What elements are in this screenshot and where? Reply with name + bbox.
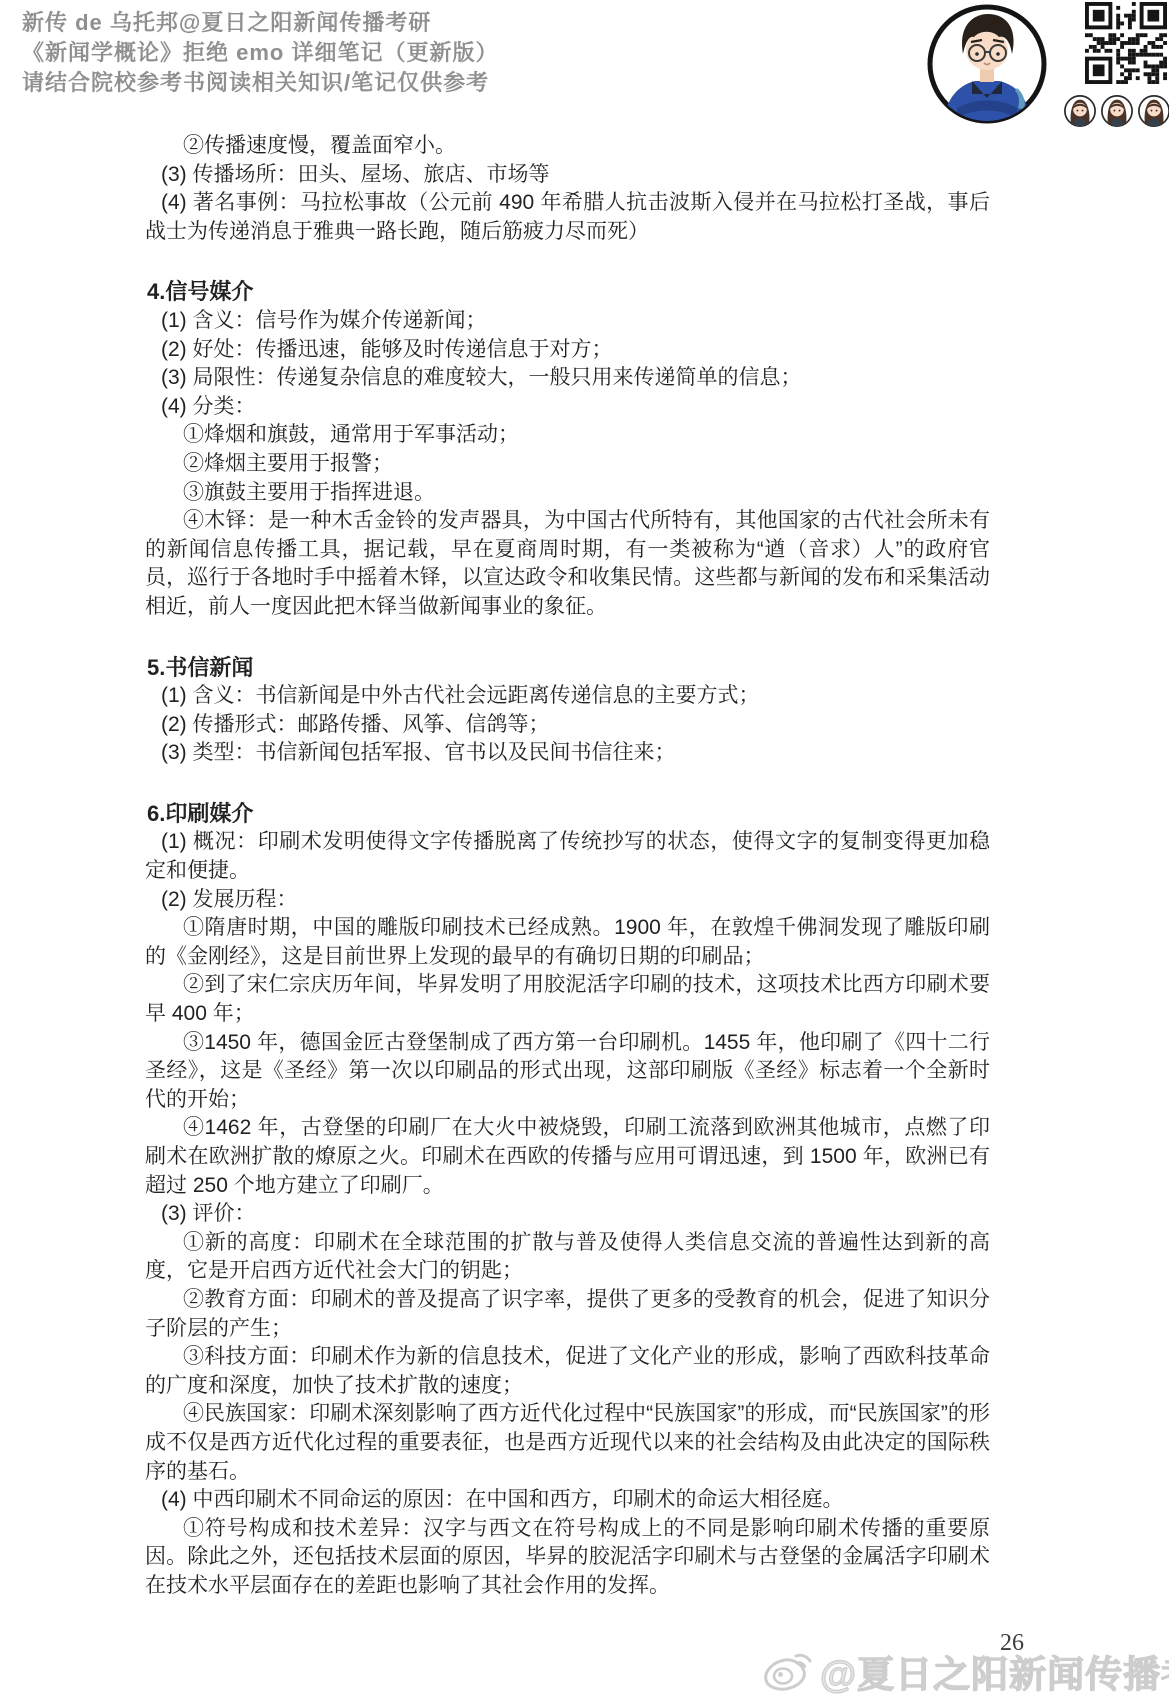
section-heading: 4.信号媒介 xyxy=(145,278,990,307)
paragraph: ④木铎：是一种木舌金铃的发声器具，为中国古代所特有，其他国家的古代社会所未有的新… xyxy=(145,507,990,621)
paragraph: (3) 传播场所：田头、屋场、旅店、市场等 xyxy=(145,161,990,190)
follower-avatar-icon-1 xyxy=(1063,94,1097,128)
follower-avatar-icon-2 xyxy=(1100,94,1134,128)
header-line-2: 《新闻学概论》拒绝 emo 详细笔记（更新版） xyxy=(22,38,498,68)
paragraph: (3) 评价： xyxy=(145,1200,990,1229)
paragraph: ①新的高度：印刷术在全球范围的扩散与普及使得人类信息交流的普遍性达到新的高度，它… xyxy=(145,1229,990,1286)
document-header: 新传 de 乌托邦@夏日之阳新闻传播考研 《新闻学概论》拒绝 emo 详细笔记（… xyxy=(22,8,498,98)
paragraph: ③科技方面：印刷术作为新的信息技术，促进了文化产业的形成，影响了西欧科技革命的广… xyxy=(145,1343,990,1400)
paragraph: ①隋唐时期，中国的雕版印刷技术已经成熟。1900 年，在敦煌千佛洞发现了雕版印刷… xyxy=(145,914,990,971)
paragraph: (1) 含义：信号作为媒介传递新闻； xyxy=(145,307,990,336)
paragraph: ③1450 年，德国金匠古登堡制成了西方第一台印刷机。1455 年，他印刷了《四… xyxy=(145,1029,990,1115)
paragraph: (3) 局限性：传递复杂信息的难度较大，一般只用来传递简单的信息； xyxy=(145,364,990,393)
paragraph: (2) 好处：传播迅速，能够及时传递信息于对方； xyxy=(145,336,990,365)
paragraph: ②烽烟主要用于报警； xyxy=(145,450,990,479)
paragraph: (2) 发展历程： xyxy=(145,886,990,915)
weibo-icon xyxy=(762,1646,814,1697)
paragraph: (4) 中西印刷术不同命运的原因：在中国和西方，印刷术的命运大相径庭。 xyxy=(145,1486,990,1515)
header-line-3: 请结合院校参考书阅读相关知识/笔记仅供参考 xyxy=(22,68,498,98)
watermark: @夏日之阳新闻传播考研 xyxy=(762,1644,1169,1698)
page: 新传 de 乌托邦@夏日之阳新闻传播考研 《新闻学概论》拒绝 emo 详细笔记（… xyxy=(0,0,1169,1698)
paragraph: (4) 著名事例：马拉松事故（公元前 490 年希腊人抗击波斯入侵并在马拉松打圣… xyxy=(145,189,990,246)
paragraph: ①烽烟和旗鼓，通常用于军事活动； xyxy=(145,421,990,450)
paragraph: (1) 概况：印刷术发明使得文字传播脱离了传统抄写的状态，使得文字的复制变得更加… xyxy=(145,828,990,885)
header-line-1: 新传 de 乌托邦@夏日之阳新闻传播考研 xyxy=(22,8,498,38)
paragraph: ④民族国家：印刷术深刻影响了西方近代化过程中“民族国家”的形成，而“民族国家”的… xyxy=(145,1400,990,1486)
watermark-text: @夏日之阳新闻传播考研 xyxy=(820,1644,1169,1698)
paragraph: ②到了宋仁宗庆历年间，毕昇发明了用胶泥活字印刷的技术，这项技术比西方印刷术要早 … xyxy=(145,971,990,1028)
paragraph: ②传播速度慢，覆盖面窄小。 xyxy=(145,132,990,161)
section-heading: 6.印刷媒介 xyxy=(145,800,990,829)
paragraph: ①符号构成和技术差异：汉字与西文在符号构成上的不同是影响印刷术传播的重要原因。除… xyxy=(145,1515,990,1601)
follower-avatar-icon-3 xyxy=(1137,94,1169,128)
paragraph: (1) 含义：书信新闻是中外古代社会远距离传递信息的主要方式； xyxy=(145,682,990,711)
document-body: ②传播速度慢，覆盖面窄小。(3) 传播场所：田头、屋场、旅店、市场等(4) 著名… xyxy=(145,132,990,1601)
paragraph: ②教育方面：印刷术的普及提高了识字率，提供了更多的受教育的机会，促进了知识分子阶… xyxy=(145,1286,990,1343)
paragraph: (3) 类型：书信新闻包括军报、官书以及民间书信往来； xyxy=(145,739,990,768)
author-avatar-icon xyxy=(925,2,1049,126)
qr-code-icon xyxy=(1083,2,1169,84)
paragraph: ③旗鼓主要用于指挥进退。 xyxy=(145,479,990,508)
paragraph: (2) 传播形式：邮路传播、风筝、信鸽等； xyxy=(145,711,990,740)
paragraph: (4) 分类： xyxy=(145,393,990,422)
paragraph: ④1462 年，古登堡的印刷厂在大火中被烧毁，印刷工流落到欧洲其他城市，点燃了印… xyxy=(145,1114,990,1200)
section-heading: 5.书信新闻 xyxy=(145,654,990,683)
